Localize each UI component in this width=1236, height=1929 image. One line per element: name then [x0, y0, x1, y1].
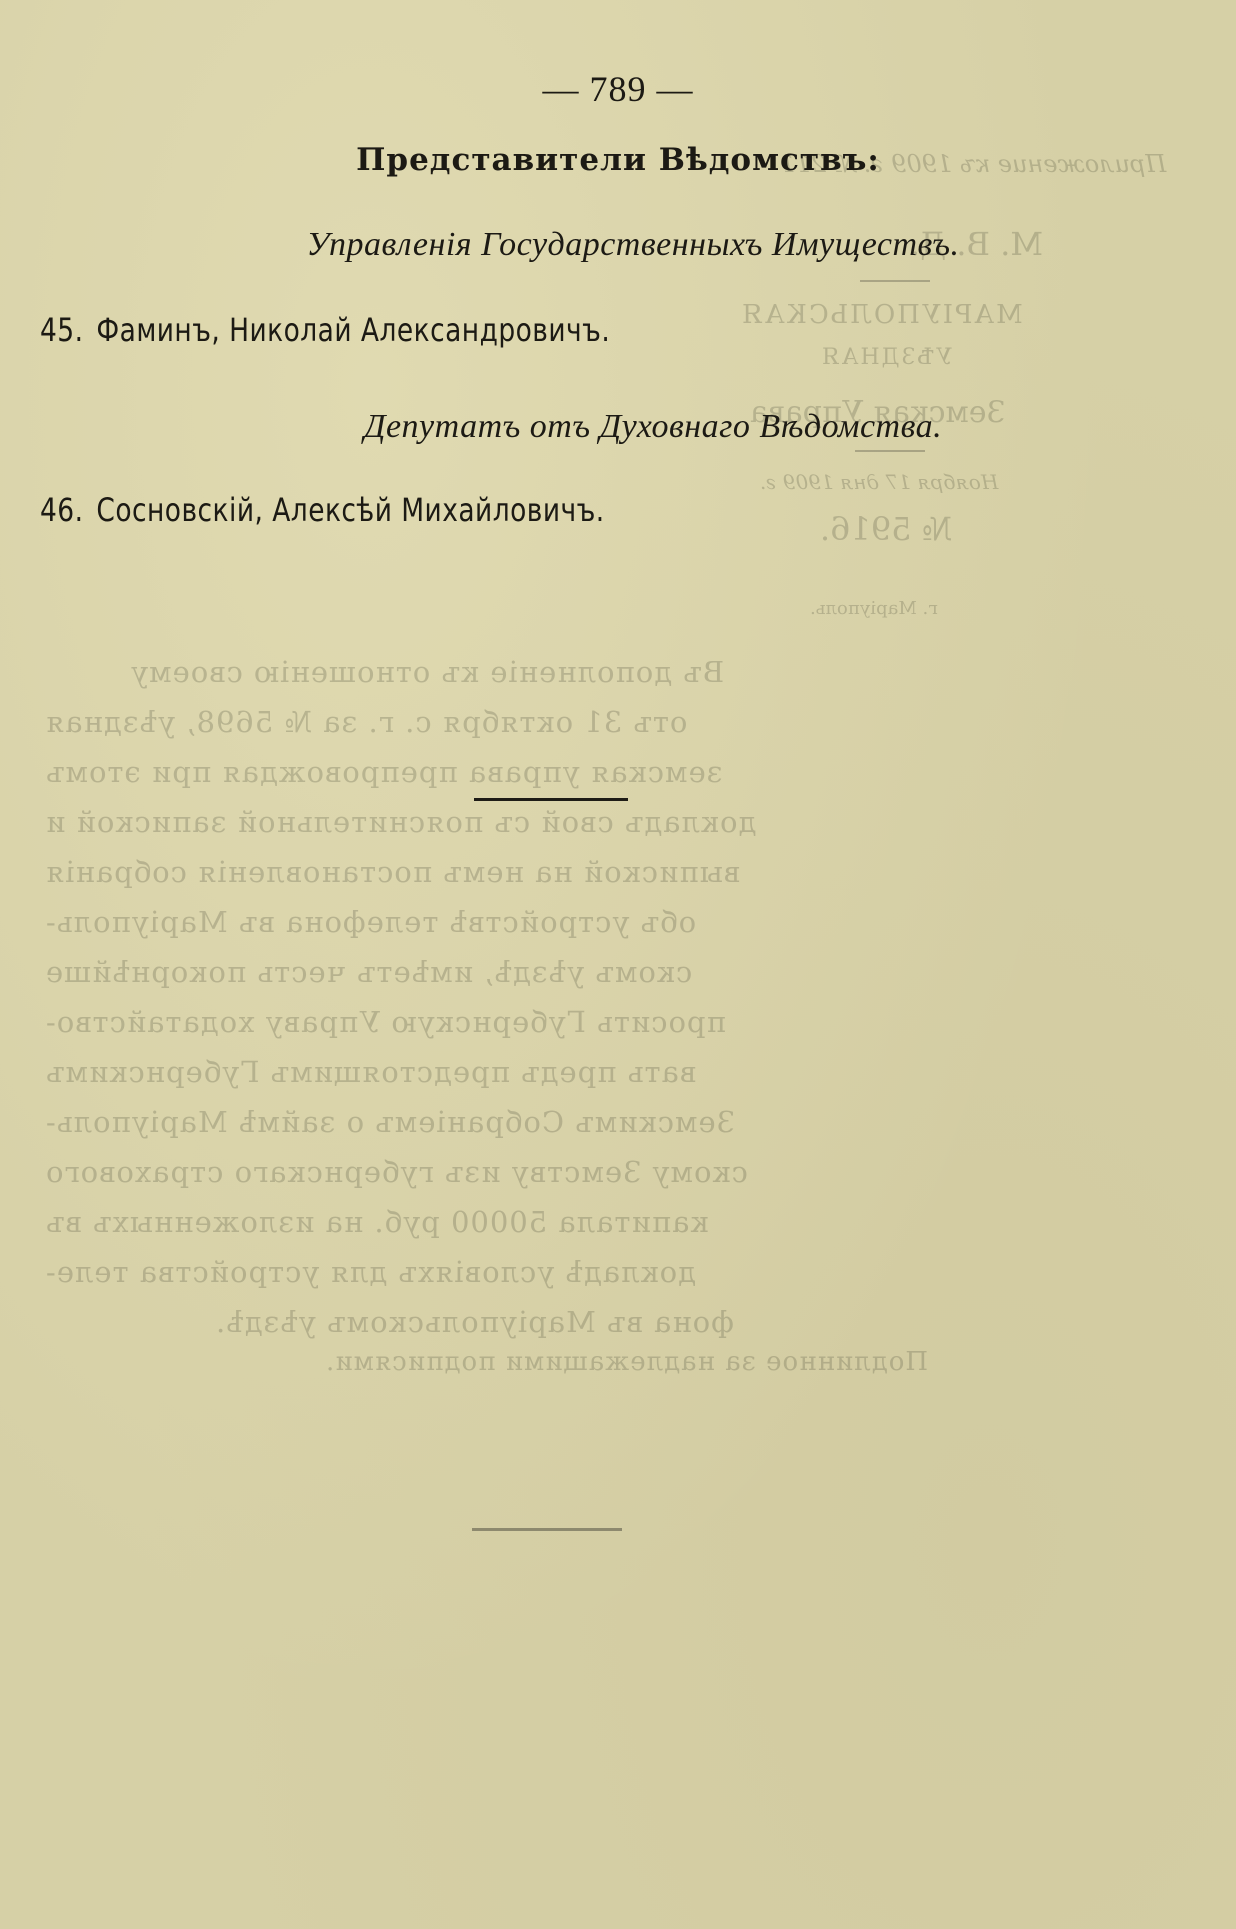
section-heading: Представители Вѣдомствъ:	[0, 142, 1236, 178]
entry-name: Фаминъ, Николай Александровичъ.	[96, 311, 610, 349]
bleed-letter-line-2: отъ 31 октября с. г. за № 5698, уѣздная	[45, 705, 687, 739]
bleed-closing-line: Подлинное за надлежащими подписями.	[325, 1347, 928, 1377]
list-item: 46.Сосновскій, Алексѣй Михайловичъ.	[40, 491, 605, 529]
bleed-letter-line-5: выпиской на немъ постановленія собранія	[45, 855, 740, 889]
bleed-letter-line-10: Земскимъ Собраніемъ о займѣ Маріуполь-	[45, 1105, 735, 1139]
bleed-letter-line-3: земская управа препровождая при этомъ	[45, 755, 723, 789]
bleed-stamp-line-8: г. Маріуполь.	[810, 598, 938, 619]
bleed-letter-line-12: капитала 50000 руб. на изложенныхъ въ	[45, 1205, 709, 1239]
bleed-letter-line-1: Въ дополненіе къ отношенію своему	[130, 655, 724, 689]
bleed-rule-3	[472, 1528, 622, 1531]
bleed-letter-line-14: фона въ Маріупольскомъ уѣздѣ.	[215, 1305, 734, 1339]
bleed-letter-line-7: скомъ уѣздѣ, имѣетъ честь покорнѣйше	[45, 955, 692, 989]
document-page: Приложение къ 1909 г. № 211 М. В. Д. МАР…	[0, 0, 1236, 1929]
bleed-letter-line-4: докладъ свой съ пояснительной запиской и	[45, 805, 756, 839]
bleed-stamp-line-3: МАРІУПОЛЬСКАЯ	[740, 300, 1023, 330]
bleed-letter-line-9: вать предъ предстоящимъ Губернскимъ	[45, 1055, 696, 1089]
entry-number: 46.	[40, 491, 83, 529]
bleed-stamp-line-4: УѢЗДНАЯ	[820, 345, 952, 370]
bleed-rule-2	[855, 450, 925, 452]
subsection-title-spiritual-dept: Депутатъ отъ Духовнаго Вѣдомства.	[0, 408, 1236, 446]
bleed-letter-line-8: просить Губернскую Управу ходатайство-	[45, 1005, 726, 1039]
bleed-stamp-line-7: № 5916.	[820, 510, 952, 548]
bleed-letter-line-6: объ устройствѣ телефона въ Маріуполь-	[45, 905, 696, 939]
page-number: — 789 —	[0, 68, 1236, 110]
entry-name: Сосновскій, Алексѣй Михайловичъ.	[96, 491, 604, 529]
section-end-divider	[474, 798, 628, 801]
subsection-title-state-property: Управленія Государственныхъ Имуществъ.	[0, 226, 1236, 264]
entry-number: 45.	[40, 311, 83, 349]
bleed-rule-1	[860, 280, 930, 282]
list-item: 45.Фаминъ, Николай Александровичъ.	[40, 311, 610, 349]
bleed-letter-line-13: докладѣ условіяхъ для устройства теле-	[45, 1255, 696, 1289]
bleed-letter-line-11: скому Земству изъ губернскаго страхового	[45, 1155, 748, 1189]
bleed-stamp-line-6: Ноября 17 дня 1909 г.	[760, 470, 998, 494]
